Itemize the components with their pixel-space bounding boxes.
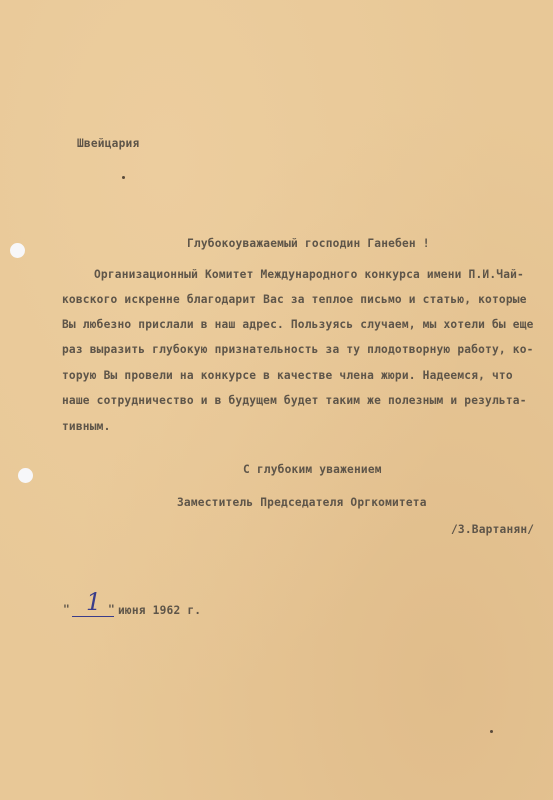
body-line: торую Вы провели на конкурсе в качестве … xyxy=(62,369,513,382)
punch-hole-top xyxy=(10,243,25,258)
paper-speck xyxy=(122,176,125,179)
body-line: ковского искренне благодарит Вас за тепл… xyxy=(62,293,527,306)
body-line: Вы любезно прислали в наш адрес. Пользуя… xyxy=(62,318,534,331)
recipient-country: Швейцария xyxy=(77,137,139,150)
body-line: раз выразить глубокую признательность за… xyxy=(62,343,534,356)
salutation: Глубокоуважаемый господин Ганебен ! xyxy=(187,237,430,250)
signer-name: /З.Вартанян/ xyxy=(451,523,534,536)
date-close-quote: " xyxy=(108,603,115,616)
body-line: наше сотрудничество и в будущем будет та… xyxy=(62,394,527,407)
body-line: тивным. xyxy=(62,420,111,433)
paper-speck xyxy=(490,730,493,733)
signer-title: Заместитель Председателя Оргкомитета xyxy=(177,496,427,509)
letter-page: Швейцария Глубокоуважаемый господин Гане… xyxy=(0,0,553,800)
punch-hole-bottom xyxy=(18,468,33,483)
body-line: Организационный Комитет Международного к… xyxy=(94,268,524,281)
closing: С глубоким уважением xyxy=(243,463,382,476)
handwritten-day: 1 xyxy=(86,588,101,616)
date-open-quote: " xyxy=(63,603,70,616)
date-month-year: июня 1962 г. xyxy=(118,604,201,617)
